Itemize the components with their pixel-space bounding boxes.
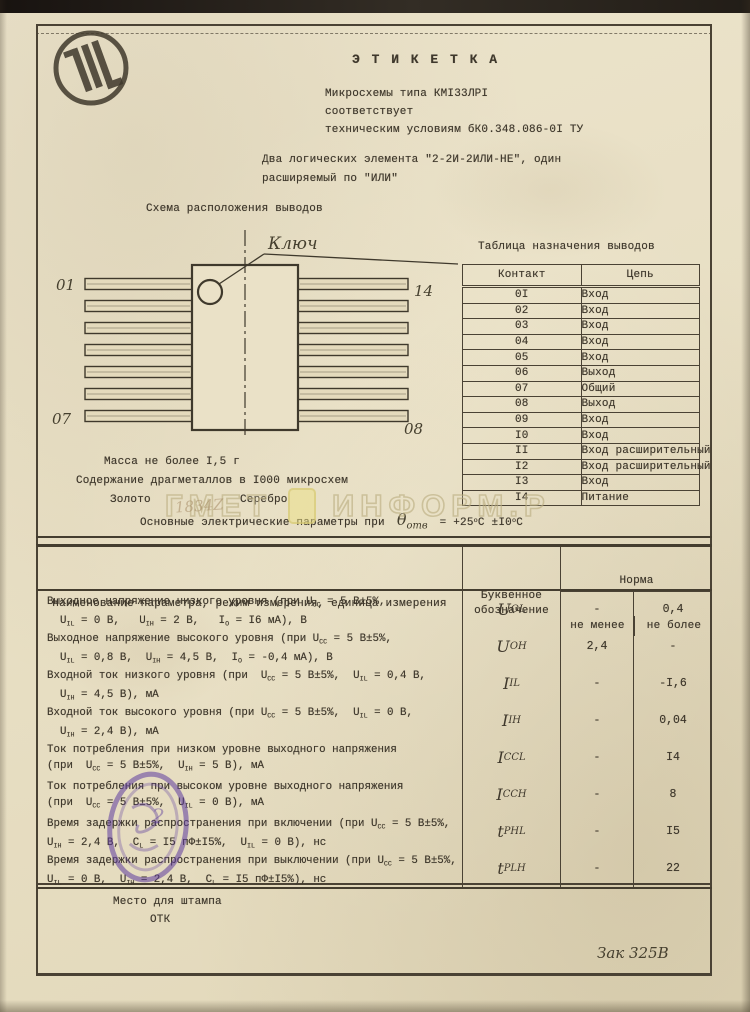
table-row: I3Вход <box>463 475 700 491</box>
photo-bottom-edge <box>0 1000 750 1012</box>
table-row: I2Вход расширительный <box>463 459 700 475</box>
table-row: 05Вход <box>463 350 700 366</box>
subtitle-line-1: Микросхемы типа КМI33ЛРI <box>325 88 488 100</box>
param-symbol: IIL <box>462 665 560 702</box>
param-symbol: tPHL <box>462 813 560 850</box>
frame-top-dashed <box>36 33 712 34</box>
photo-left-edge <box>0 0 7 1012</box>
table-row: IIВход расширительный <box>463 443 700 459</box>
frame-top <box>36 24 712 26</box>
param-symbol: ICCL <box>462 739 560 776</box>
photo-top-edge <box>0 0 750 13</box>
table-row: 0IВход <box>463 287 700 304</box>
order-number: Зак 325В <box>597 944 669 962</box>
table-row: 08Выход <box>463 397 700 413</box>
param-max: I4 <box>633 739 712 776</box>
param-min: - <box>560 739 633 776</box>
pin-col-header: Контакт <box>463 265 582 287</box>
pin-label-7: 07 <box>52 410 72 428</box>
stamp-area-label: Место для штампа <box>113 896 222 908</box>
pin-label-14: 14 <box>414 282 433 300</box>
photo-right-edge <box>741 0 750 1012</box>
param-symbol: ICCH <box>462 776 560 813</box>
device-description: Два логических элемента "2-2И-2ИЛИ-НЕ", … <box>262 151 561 189</box>
norm-title: Норма <box>561 571 712 592</box>
otk-label: ОТК <box>150 914 170 926</box>
param-symbol: UOL <box>462 591 560 628</box>
pin-assignment-table: Контакт Цепь 0IВход 02Вход 03Вход 04Вход… <box>462 264 700 506</box>
subtitle-line-2: соответствует <box>325 106 413 118</box>
param-max: - <box>633 628 712 665</box>
param-max: I5 <box>633 813 712 850</box>
pin-label-1: 01 <box>56 276 75 294</box>
diagram-title: Схема расположения выводов <box>146 203 323 215</box>
paper-stain <box>430 120 670 260</box>
param-max: 0,04 <box>633 702 712 739</box>
param-min: - <box>560 776 633 813</box>
param-name: Входной ток высокого уровня (при UCC = 5… <box>37 702 462 739</box>
conditions-text: Основные электрические параметры при <box>140 517 385 529</box>
table-row: 09Вход <box>463 412 700 428</box>
param-name: Выходное напряжение низкого уровня (при … <box>37 591 462 628</box>
key-label: Ключ <box>267 234 318 254</box>
mass-note: Масса не более I,5 г <box>104 456 240 468</box>
param-min: - <box>560 665 633 702</box>
table-row: I0Вход <box>463 428 700 444</box>
param-min: 2,4 <box>560 628 633 665</box>
table-row: 07Общий <box>463 381 700 397</box>
table-row: I4Питание <box>463 490 700 506</box>
parameters-table-header: Наименование параметра, режим измерения,… <box>37 547 712 591</box>
pin-table-title: Таблица назначения выводов <box>478 241 655 253</box>
param-min: - <box>560 813 633 850</box>
metals-note: Содержание драгметаллов в I000 микросхем <box>76 475 348 487</box>
factory-logo <box>50 27 132 109</box>
section-divider <box>36 536 712 545</box>
theta-symbol: θотв <box>397 510 428 531</box>
param-max: 0,4 <box>633 591 712 628</box>
param-min: - <box>560 702 633 739</box>
param-symbol: UOH <box>462 628 560 665</box>
param-min: - <box>560 591 633 628</box>
param-max: 22 <box>633 850 712 887</box>
pin-label-8: 08 <box>404 420 423 438</box>
table-row: 04Вход <box>463 334 700 350</box>
svg-text:2: 2 <box>149 803 166 828</box>
param-name: Входной ток низкого уровня (при UCC = 5 … <box>37 665 462 702</box>
table-row: 03Вход <box>463 319 700 335</box>
hand-mark: 1834Z <box>174 495 224 516</box>
param-min: - <box>560 850 633 887</box>
chip-pinout-diagram: Ключ 01 07 14 08 <box>40 222 460 440</box>
param-name: Выходное напряжение высокого уровня (при… <box>37 628 462 665</box>
param-max: -I,6 <box>633 665 712 702</box>
theta-value: = +25оС ±I0оС <box>440 517 523 529</box>
param-max: 8 <box>633 776 712 813</box>
table-row: 02Вход <box>463 303 700 319</box>
table-row: 06Выход <box>463 365 700 381</box>
gold-label: Золото <box>110 494 151 506</box>
pin-table-header: Контакт Цепь <box>463 265 700 287</box>
param-symbol: tPLH <box>462 850 560 887</box>
net-col-header: Цепь <box>581 265 700 287</box>
subtitle-line-3: техническим условиям бК0.348.086-0I ТУ <box>325 124 583 136</box>
param-symbol: IIH <box>462 702 560 739</box>
frame-bottom <box>36 973 712 976</box>
scanned-label-page: Э Т И К Е Т К А Микросхемы типа КМI33ЛРI… <box>0 0 750 1012</box>
page-title: Э Т И К Е Т К А <box>352 52 499 67</box>
silver-label: Серебро <box>240 494 288 506</box>
otk-ink-stamp: 2 <box>85 760 211 895</box>
